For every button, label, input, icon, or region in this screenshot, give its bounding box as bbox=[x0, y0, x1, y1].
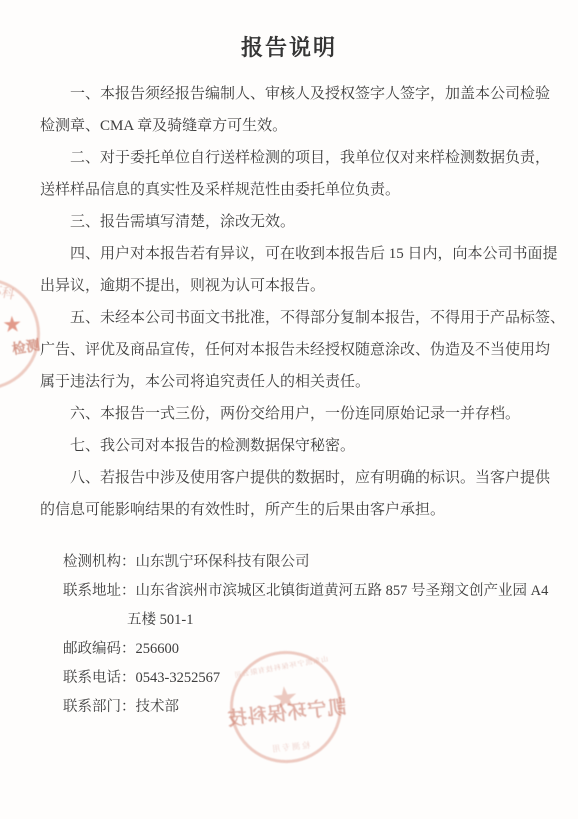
note-line: 三、报告需填写清楚，涂改无效。 bbox=[40, 206, 540, 238]
contact-line: 联系部门：技术部 bbox=[63, 693, 548, 722]
note-line: 属于违法行为，本公司将追究责任人的相关责任。 bbox=[40, 366, 540, 398]
contact-label: 联系地址： bbox=[63, 583, 136, 599]
contact-block: 检测机构：山东凯宁环保科技有限公司 联系地址：山东省滨州市滨城区北镇街道黄河五路… bbox=[63, 548, 548, 722]
contact-value: 0543-3252567 bbox=[136, 670, 221, 686]
contact-line: 联系电话：0543-3252567 bbox=[63, 664, 548, 693]
note-line: 的信息可能影响结果的有效性时，所产生的后果由客户承担。 bbox=[40, 494, 540, 526]
note-line: 四、用户对本报告若有异议，可在收到本报告后 15 日内，向本公司书面提 bbox=[40, 238, 540, 270]
seal-foot-text: 检测专用 bbox=[249, 738, 332, 758]
star-icon: ★ bbox=[2, 314, 23, 337]
contact-value: 山东凯宁环保科技有限公司 bbox=[136, 554, 310, 570]
note-line: 检测章、CMA 章及骑缝章方可生效。 bbox=[40, 110, 540, 142]
note-line: 一、本报告须经报告编制人、审核人及授权签字人签字，加盖本公司检验 bbox=[40, 78, 540, 110]
contact-line: 联系地址：山东省滨州市滨城区北镇街道黄河五路 857 号圣翔文创产业园 A4 bbox=[63, 577, 548, 606]
contact-line: 五楼 501-1 bbox=[63, 606, 548, 635]
contact-label: 联系电话： bbox=[63, 670, 136, 686]
contact-line: 检测机构：山东凯宁环保科技有限公司 bbox=[63, 548, 548, 577]
contact-label: 联系部门： bbox=[63, 699, 136, 715]
contact-value: 山东省滨州市滨城区北镇街道黄河五路 857 号圣翔文创产业园 A4 bbox=[136, 583, 549, 599]
note-line: 送样样品信息的真实性及采样规范性由委托单位负责。 bbox=[40, 174, 540, 206]
note-line: 出异议，逾期不提出，则视为认可本报告。 bbox=[40, 270, 540, 302]
seal-text-fragment: 环科 bbox=[0, 279, 17, 303]
note-line: 八、若报告中涉及使用客户提供的数据时，应有明确的标识。当客户提供 bbox=[40, 462, 540, 494]
seal-text-fragment: 检测 bbox=[10, 335, 41, 360]
report-notes: 一、本报告须经报告编制人、审核人及授权签字人签字，加盖本公司检验 检测章、CMA… bbox=[40, 78, 540, 526]
note-line: 七、我公司对本报告的检测数据保守秘密。 bbox=[40, 430, 540, 462]
report-page: 报告说明 一、本报告须经报告编制人、审核人及授权签字人签字，加盖本公司检验 检测… bbox=[0, 0, 578, 819]
contact-label: 邮政编码： bbox=[63, 641, 136, 657]
note-line: 二、对于委托单位自行送样检测的项目，我单位仅对来样检测数据负责， bbox=[40, 142, 540, 174]
page-title: 报告说明 bbox=[0, 31, 578, 62]
note-line: 六、本报告一式三份，两份交给用户，一份连同原始记录一并存档。 bbox=[40, 398, 540, 430]
contact-line: 邮政编码：256600 bbox=[63, 635, 548, 664]
contact-value: 256600 bbox=[136, 641, 180, 657]
contact-label: 检测机构： bbox=[63, 554, 136, 570]
contact-value: 技术部 bbox=[136, 699, 180, 715]
note-line: 广告、评优及商品宣传，任何对本报告未经授权随意涂改、伪造及不当使用均 bbox=[40, 334, 540, 366]
contact-value: 五楼 501-1 bbox=[127, 612, 193, 628]
note-line: 五、未经本公司书面文书批准，不得部分复制本报告，不得用于产品标签、 bbox=[40, 302, 540, 334]
